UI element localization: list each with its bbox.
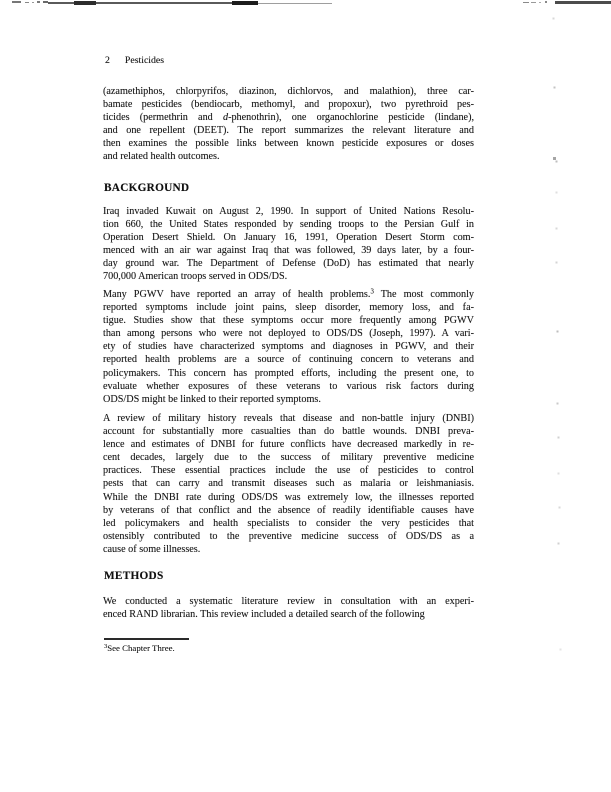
- text-line: day ground war. The Department of Defens…: [103, 257, 474, 270]
- text-line: evaluate whether exposures of these vete…: [103, 380, 474, 393]
- scan-artifact-blob: [74, 1, 96, 5]
- text-line: led policymakers and health specialists …: [103, 517, 474, 530]
- text-line: We conducted a systematic literature rev…: [103, 595, 474, 608]
- text-line: Many PGWV have reported an array of heal…: [103, 288, 474, 301]
- text-line: (azamethiphos, chlorpyrifos, diazinon, d…: [103, 85, 474, 98]
- text-line: and one repellent (DEET). The report sum…: [103, 124, 474, 137]
- text-line: Operation Desert Shield. On January 16, …: [103, 231, 474, 244]
- text-line: tion 660, the United States responded by…: [103, 218, 474, 231]
- document-page: 2Pesticides (azamethiphos, chlorpyrifos,…: [0, 0, 611, 792]
- scan-artifact-dash: [539, 2, 541, 4]
- text-line: and related health outcomes.: [103, 150, 474, 163]
- section-heading-background: BACKGROUND: [104, 182, 189, 194]
- text-line: tigue. Studies show that these symptoms …: [103, 314, 474, 327]
- text-line: policymakers. This concern has prompted …: [103, 367, 474, 380]
- paragraph-methods-1: We conducted a systematic literature rev…: [103, 595, 474, 621]
- scan-artifact-dash: [25, 2, 29, 4]
- page-number: 2: [105, 55, 110, 66]
- text-line: ostensibly contributed to the preventive…: [103, 530, 474, 543]
- text-line: by veterans of that conflict and the abs…: [103, 504, 474, 517]
- text-line: practices. These essential practices inc…: [103, 464, 474, 477]
- text-line: reported health problems are a source of…: [103, 353, 474, 366]
- text-line: then examines the possible links between…: [103, 137, 474, 150]
- scan-artifact-dash: [523, 2, 529, 4]
- text-line: Iraq invaded Kuwait on August 2, 1990. I…: [103, 205, 474, 218]
- footnote-divider: [104, 638, 189, 640]
- text-line: account for substantially more casualtie…: [103, 425, 474, 438]
- text-line: ODS/DS might be linked to their reported…: [103, 393, 474, 406]
- paragraph-background-2: Many PGWV have reported an array of heal…: [103, 288, 474, 406]
- scan-artifact-blob: [232, 1, 258, 6]
- section-heading-methods: METHODS: [104, 570, 164, 582]
- running-title: Pesticides: [125, 55, 164, 66]
- text-line: A review of military history reveals tha…: [103, 412, 474, 425]
- scan-artifact-dash: [12, 1, 21, 3]
- text-line: enced RAND librarian. This review includ…: [103, 608, 474, 621]
- running-header: 2Pesticides: [105, 55, 164, 66]
- text-line: While the DNBI rate during ODS/DS was ex…: [103, 491, 474, 504]
- text-line: menced with an air war against Iraq that…: [103, 244, 474, 257]
- text-line: bamate pesticides (bendiocarb, methomyl,…: [103, 98, 474, 111]
- paragraph-background-3: A review of military history reveals tha…: [103, 412, 474, 556]
- text-line: reported symptoms include joint pains, s…: [103, 301, 474, 314]
- text-line: ticides (permethrin and d-phenothrin), o…: [103, 111, 474, 124]
- scan-artifact-dash: [545, 1, 547, 3]
- text-line: than among persons who were not deployed…: [103, 327, 474, 340]
- footnote: 3See Chapter Three.: [104, 643, 175, 653]
- scan-artifact-line-fade: [258, 3, 332, 5]
- scan-artifact-dash: [531, 2, 536, 4]
- text-line: cent decades, largely due to the success…: [103, 451, 474, 464]
- scan-artifact-specks: [0, 0, 1, 1]
- text-line: lence and estimates of DNBI for future c…: [103, 438, 474, 451]
- footnote-text: See Chapter Three.: [107, 643, 175, 653]
- paragraph-background-1: Iraq invaded Kuwait on August 2, 1990. I…: [103, 205, 474, 284]
- scan-artifact-dash: [37, 1, 40, 3]
- text-line: 700,000 American troops served in ODS/DS…: [103, 270, 474, 283]
- paragraph-intro: (azamethiphos, chlorpyrifos, diazinon, d…: [103, 85, 474, 164]
- scan-artifact-dash: [32, 2, 34, 4]
- scan-artifact-line-right: [555, 1, 611, 4]
- text-line: ety of studies have characterized sympto…: [103, 340, 474, 353]
- text-line: cause of some illnesses.: [103, 543, 474, 556]
- text-line: pests that can carry and transmit diseas…: [103, 477, 474, 490]
